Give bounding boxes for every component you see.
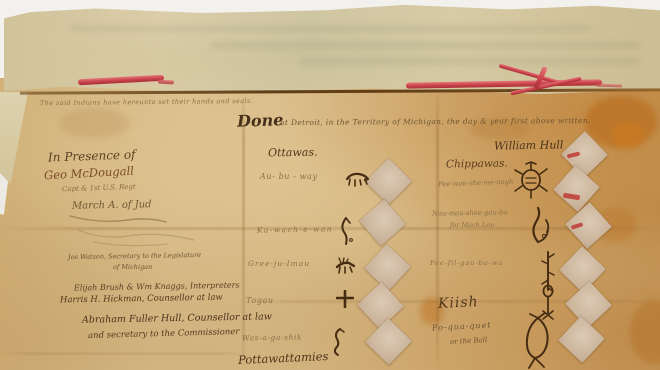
stain: [60, 108, 130, 138]
antler-totem-icon: [526, 206, 550, 244]
signature-flourish: [68, 210, 208, 250]
chippewa-signer-name: Kiish: [438, 294, 479, 312]
turtle-totem-icon: [512, 158, 550, 200]
chippewa-heading: Chippawas.: [446, 157, 508, 170]
showthrough-text: [70, 26, 590, 31]
stain: [612, 122, 644, 148]
chippewa-signer-name: Nau-mau-shee-gau-ba: [432, 208, 508, 217]
treaty-document-photo: The said Indians have hereunto set their…: [0, 0, 660, 370]
chippewa-signer-alias: for Mach Lou: [450, 221, 494, 229]
ottawa-signer-name: Gree-ju-Imau: [248, 259, 310, 268]
fold-crease: [242, 92, 245, 370]
showthrough-text: [210, 43, 640, 48]
done-word: Done: [237, 110, 284, 131]
ottawa-heading: Ottawas.: [268, 146, 318, 160]
fold-crease: [0, 352, 250, 355]
hook-totem-icon: [336, 216, 356, 246]
commissioner-signature: William Hull: [494, 138, 564, 152]
showthrough-text: [300, 59, 640, 64]
moose-totem-icon: [333, 255, 357, 275]
crane-totem-icon: [330, 327, 346, 357]
ottawa-signer-name: Togau: [246, 296, 274, 305]
ottawa-signer-name: Au- bu - way: [260, 172, 318, 181]
quadruped-totem-icon: [344, 170, 370, 188]
fish-totem-icon: [520, 312, 556, 370]
ottawa-signer-name: Ka-wach-e-wan: [257, 224, 333, 234]
ottawa-signer-name: Was-a-ga-shik: [242, 332, 302, 342]
chippewa-signer-name: Pee-fil-gau-bu-wa: [430, 259, 503, 267]
cross-totem-icon: [336, 290, 354, 308]
witness-signature: of Michigan: [113, 263, 152, 271]
